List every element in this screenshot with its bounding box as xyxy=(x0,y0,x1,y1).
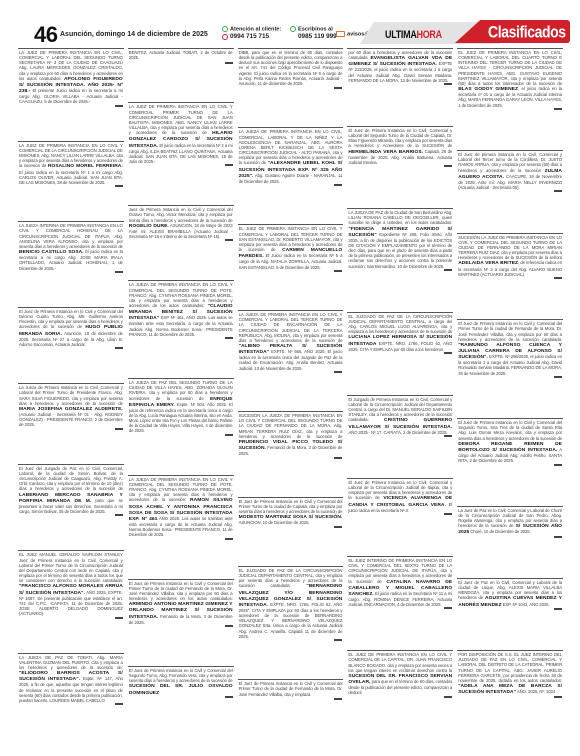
notice-code-mark xyxy=(19,616,123,619)
notice-code-mark xyxy=(348,435,452,438)
notice-code-mark xyxy=(129,434,233,437)
phone-number-link[interactable]: 0994 715 715 xyxy=(230,33,269,40)
legal-notice: El Juez de Primera Instancia en lo Civil… xyxy=(347,126,453,208)
legal-notice: El Juez de Primera Instancia en lo Civil… xyxy=(128,666,234,737)
notice-code-mark xyxy=(129,625,233,628)
notice-code-mark xyxy=(239,270,343,273)
notice-code-mark xyxy=(458,695,562,698)
ultima-hora-logo[interactable]: ULTIMAHORA xyxy=(385,28,442,41)
legal-notice: BENITEZ, Actuaria Judicial. TOBATI, 2 de… xyxy=(128,48,234,102)
notice-code-mark xyxy=(239,87,343,90)
notice-code-mark xyxy=(19,347,123,350)
mail-icon xyxy=(336,31,345,37)
notice-code-mark xyxy=(348,513,452,516)
notice-text: DIBB, para que en el término de 60 días,… xyxy=(239,50,343,86)
notice-code-mark xyxy=(348,607,452,610)
notice-text-tail: (Actuario Judicial - Secretaría Nº 01 - … xyxy=(19,412,123,427)
notice-text-tail: EXP. Nº 1042, AÑO 2025. xyxy=(502,602,550,607)
notice-code-mark xyxy=(129,164,233,167)
notice-code-mark xyxy=(129,337,233,340)
legal-notice: EL JUZGADO DE PAZ DE LA CIRCUNSCRIPCIÓN … xyxy=(238,566,344,679)
section-title: Clasificados xyxy=(488,22,566,41)
column-5: EL JUEZ DE PRIMERA INSTANCIA EN LO CIVIL… xyxy=(457,48,563,738)
notice-text-tail: EXPTE. NRO. 1765, FOLIO 62, AÑO 2025". C… xyxy=(239,602,343,639)
notice-text-tail: AÑO 2025 - Nº 17. CAPIATÁ, 2 de Diciembr… xyxy=(348,430,447,435)
column-4: por 60 días a herederos y acreedores de … xyxy=(347,48,453,738)
legal-notice: EL JUEZ DE PRIMERA INSTANCIA EN LO CIVIL… xyxy=(238,224,344,310)
notice-code-mark xyxy=(19,703,123,706)
legal-notice: LA JUEZA DE PAZ DEL SEGUNDO TURNO DE LA … xyxy=(128,378,234,475)
whatsapp-icon xyxy=(222,26,228,32)
notice-code-mark xyxy=(19,185,123,188)
notice-code-mark xyxy=(348,352,452,355)
notice-text-tail: El juicio radica en la secretaría Nº 1 a… xyxy=(19,170,123,185)
legal-notice: por 60 días a herederos y acreedores de … xyxy=(347,48,453,126)
notice-text-tail: Abg. Gustavo Aguirre Duarte - NARANJAL, … xyxy=(239,173,343,184)
notice-code-mark xyxy=(458,608,562,611)
legal-notice: El Juez de Primera Instancia en lo Civil… xyxy=(128,579,234,666)
notice-code-mark xyxy=(458,190,562,193)
column-2: BENITEZ, Actuaria Judicial. TOBATI, 2 de… xyxy=(128,48,234,738)
legal-notice: LA JUEZ DE PRIMERA INSTANCIA EN LO CIVIL… xyxy=(128,102,234,205)
legal-notice: El Juez de primera instancia en lo Civil… xyxy=(457,150,563,232)
notice-text: El Juez de Primera Instancia en lo Civil… xyxy=(129,668,233,683)
legal-notice: La Juez de Paz en lo Civil, Comercial y … xyxy=(457,506,563,578)
notice-code-mark xyxy=(239,456,343,459)
notice-code-mark xyxy=(458,277,562,280)
whatsapp-number-link[interactable]: 0985 119 999 xyxy=(298,33,337,40)
notice-code-mark xyxy=(129,696,233,699)
legal-notice: El Juez de Primera Instancia en lo Civil… xyxy=(347,478,453,556)
legal-notice: LA JUEZA INTERINA DE PRIMERA INSTANCIA E… xyxy=(18,221,124,307)
notice-text: El Juez de Primera Instancia en lo Civil… xyxy=(348,128,452,148)
legal-notice: POR DISPOSICIÓN DE S.S. EL JUEZ INTERINO… xyxy=(457,650,563,738)
contact-label: Atención al cliente: xyxy=(230,26,281,32)
notice-code-mark xyxy=(458,463,562,466)
notice-subject-name: DEBORA REGANE REIMEN DE BORTOLOZO S/ SUC… xyxy=(458,442,562,453)
notice-text: El Juez de Primera Instancia en lo Civil… xyxy=(239,681,343,696)
legal-notice: LA JUEZA DE PRIMERA INSTANCIA EN LO CIVI… xyxy=(238,310,344,411)
legal-notice: El Juez de Primera Instancia en lo Civil… xyxy=(238,497,344,566)
legal-notice: LA JUEZ DE PRIMERA INSTANCIA EN LO CIVIL… xyxy=(18,141,124,222)
notice-text: El Juez de Primera Instancia en lo Civil… xyxy=(458,420,562,440)
legal-notice: El Juez de Primera Instancia en lo Civil… xyxy=(457,319,563,418)
notice-code-mark xyxy=(348,83,452,86)
publication-date: Asunción, domingo 14 de diciembre de 202… xyxy=(60,31,208,38)
notice-code-mark xyxy=(19,271,123,274)
notice-text: EL JUZGADO DE PAZ DE LA CIRCUNSCRIPCIÓN … xyxy=(348,314,452,334)
notice-text: SUCESIÓN LA JUEZ DE PRIMERA INSTANCIA EN… xyxy=(458,235,562,261)
legal-notice: DIBB, para que en el término de 60 días,… xyxy=(238,48,344,127)
legal-notice: El Juez de Primera Instancia en lo Civil… xyxy=(457,418,563,506)
legal-notice: LA JUEZA DE PRIMERA INSTANCIA EN LO CIVI… xyxy=(128,280,234,378)
legal-notice: LA JUEZA DE PRIMERA INSTANCIA EN LO CIVI… xyxy=(238,127,344,224)
notice-code-mark xyxy=(239,698,343,701)
notice-text: LA JUEZA DE PAZ de la Ciudad de San Bern… xyxy=(348,210,452,225)
notice-code-mark xyxy=(458,376,562,379)
legal-notice: El Juez de Primera Instancia en lo Civil… xyxy=(18,307,124,383)
legal-notice: EL JUZGADO DE PAZ DE LA CIRCUNSCRIPCIÓN … xyxy=(347,312,453,395)
notice-text: EL JUEZ DE PRIMERA INSTANCIA EN LO CIVIL… xyxy=(458,50,562,86)
notice-text: El Juez de Primera Instancia en lo Civil… xyxy=(239,499,343,514)
legal-notice: EL JUEZ MANUEL GERALDO SAIFILDIN STANLEY… xyxy=(18,550,124,652)
notice-text: El Juez de Primera Instancia en lo Civil… xyxy=(129,581,233,601)
page-header: 46 Asunción, domingo 14 de diciembre de … xyxy=(0,22,580,46)
notice-text: POR DISPOSICIÓN DE S.S. EL JUEZ INTERINO… xyxy=(458,652,562,683)
notice-code-mark xyxy=(129,61,233,64)
legal-notice: EL JUEZ DE PRIMERA INSTANCIA EN LO CIVIL… xyxy=(347,650,453,738)
notice-code-mark xyxy=(239,526,343,529)
notice-text-tail: AÑO: 2025, Nº: 1024 xyxy=(516,689,555,694)
legal-notice: LA JUEZA DE PAZ de la Ciudad de San Bern… xyxy=(347,208,453,312)
notice-text: EL JUEZ MANUEL GERALDO SAIFILDIN STANLEY… xyxy=(19,552,123,583)
customer-service-contact: Atención al cliente: 0994 715 715 xyxy=(222,26,281,40)
legal-notice: El Juez de Primera Instancia en lo Civil… xyxy=(238,679,344,738)
notice-code-mark xyxy=(348,696,452,699)
notice-text: LA JUEZA INTERINA DE PRIMERA INSTANCIA E… xyxy=(19,223,123,249)
notice-code-mark xyxy=(129,537,233,540)
legal-notice: SUCESIÓN LA JUEZA DE PRIMERA INSTANCIA E… xyxy=(238,411,344,497)
classifieds-columns: LA JUEZ DE PRIMERA INSTANCIA EN LO CIVIL… xyxy=(18,48,563,738)
notice-text-tail: Expediente Nº 208, Folio 30vto, Año 2025… xyxy=(348,232,452,269)
notice-text-tail: El presente Juicio radica en la secretar… xyxy=(19,88,123,104)
notice-code-mark xyxy=(129,239,233,242)
notice-code-mark xyxy=(19,105,123,108)
legal-notice: EL JUEZ DE PRIMERA INSTANCIA EN LO CIVIL… xyxy=(457,48,563,150)
legal-notice: Juez de Primera Instancia en lo Civil y … xyxy=(128,205,234,280)
notice-text-tail: Choré, 10 de Diciembre de 2025. xyxy=(469,529,530,534)
notice-code-mark xyxy=(239,184,343,187)
legal-notice: El Juez del Juzgado de Paz en lo Civil, … xyxy=(18,464,124,551)
notice-text: El Juez del Juzgado de Paz en lo Civil, … xyxy=(19,466,123,492)
notice-text-tail: ASUNCION, 10 de Diciembre de 2025. xyxy=(239,520,310,525)
notice-code-mark xyxy=(19,428,123,431)
notice-code-mark xyxy=(239,639,343,642)
notice-text: LA JUEZA DE PAZ DE TOBATI, Abg. MARIA VA… xyxy=(19,655,123,670)
logo-part1: ULTIMA xyxy=(385,28,417,41)
legal-notice: LA JUEZA DE PAZ DE TOBATI, Abg. MARIA VA… xyxy=(18,653,124,738)
notice-code-mark xyxy=(239,371,343,374)
legal-notice: LA JUEZA DE PRIMERA INSTANCIA EN LO CIVI… xyxy=(128,475,234,579)
page-number: 46 xyxy=(34,24,57,46)
notice-code-mark xyxy=(19,514,123,517)
legal-notice: EL JUEZ INTERINO DE PRIMERA INSTANCIA EN… xyxy=(347,556,453,650)
notice-code-mark xyxy=(348,269,452,272)
legal-notice: El Juzgado de Primera Instancia en lo Ci… xyxy=(347,395,453,478)
column-3: DIBB, para que en el término de 60 días,… xyxy=(238,48,344,738)
column-1: LA JUEZ DE PRIMERA INSTANCIA EN LO CIVIL… xyxy=(18,48,124,738)
notice-subject-name: SUCESIÓN DEL SR. JULIO OSVALDO DOMINGUEZ xyxy=(129,684,233,695)
whatsapp-icon xyxy=(290,26,296,32)
phone-icon xyxy=(222,34,228,40)
whatsapp-contact: Escribinos al 0985 119 999 xyxy=(290,26,337,40)
logo-part2: HORA xyxy=(417,28,442,41)
notice-text: El Juez de Primera Instancia en lo Civil… xyxy=(458,321,562,341)
notice-text: La Jueza de Primera Instancia en lo Civi… xyxy=(19,385,123,405)
notice-text: LA JUEZA DE PRIMERA INSTANCIA EN LO CIVI… xyxy=(239,312,343,343)
notice-code-mark xyxy=(458,536,562,539)
contact-label: Escribinos al xyxy=(298,26,333,32)
notice-code-mark xyxy=(348,165,452,168)
legal-notice: El Juez de Paz en lo Civil, Comercial y … xyxy=(457,578,563,650)
notice-text: Juez de Primera Instancia en lo Civil y … xyxy=(129,207,233,222)
notice-code-mark xyxy=(458,108,562,111)
notice-text: BENITEZ, Actuaria Judicial. TOBATI, 2 de… xyxy=(129,50,233,60)
legal-notice: LA JUEZ DE PRIMERA INSTANCIA EN LO CIVIL… xyxy=(18,48,124,141)
legal-notice: La Jueza de Primera Instancia en lo Civi… xyxy=(18,383,124,464)
legal-notice: SUCESIÓN LA JUEZ DE PRIMERA INSTANCIA EN… xyxy=(457,233,563,320)
notice-text: SUCESIÓN LA JUEZA DE PRIMERA INSTANCIA E… xyxy=(239,413,343,439)
notice-text: EL JUEZ DE PRIMERA INSTANCIA EN LO CIVIL… xyxy=(348,652,452,672)
